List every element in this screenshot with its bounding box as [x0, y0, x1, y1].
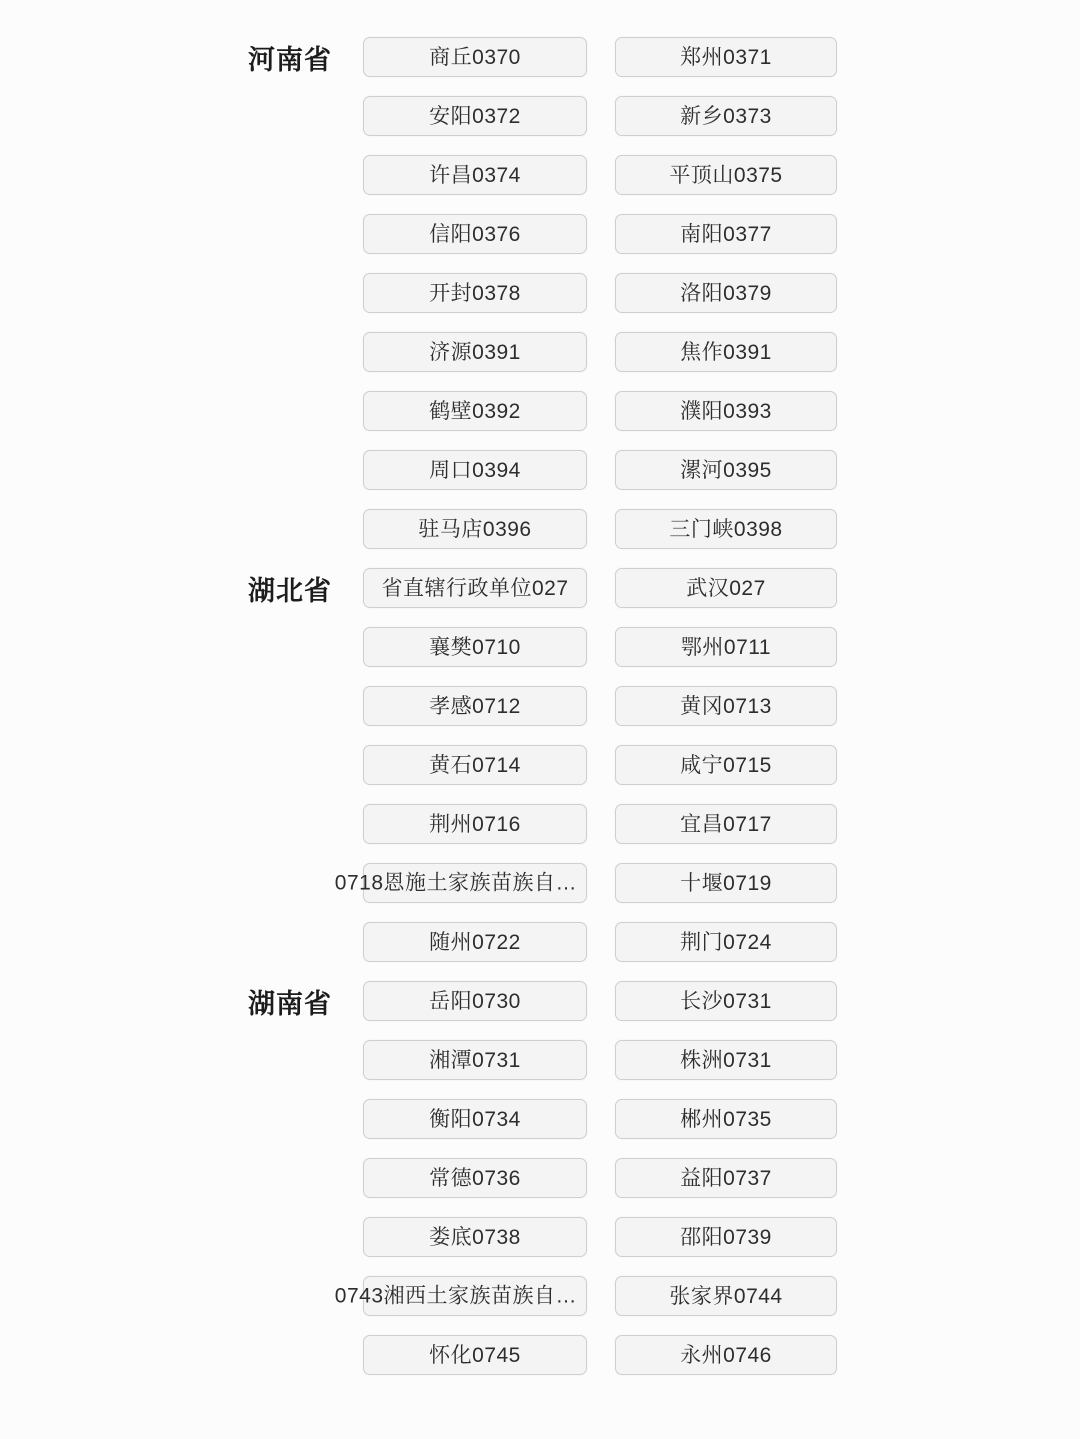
area-code-button[interactable]: 信阳0376	[363, 214, 587, 254]
area-code-button[interactable]: 济源0391	[363, 332, 587, 372]
province-label-cell	[0, 155, 363, 195]
area-code-row: 黄石0714咸宁0715	[0, 745, 1080, 785]
area-code-row: 安阳0372新乡0373	[0, 96, 1080, 136]
area-code-label: 襄樊0710	[429, 637, 521, 658]
area-code-button[interactable]: 黄冈0713	[615, 686, 837, 726]
area-code-button[interactable]: 随州0722	[363, 922, 587, 962]
area-code-label: 郑州0371	[680, 47, 772, 68]
area-code-row: 怀化0745永州0746	[0, 1335, 1080, 1375]
area-code-button[interactable]: 郴州0735	[615, 1099, 837, 1139]
area-code-button[interactable]: 襄樊0710	[363, 627, 587, 667]
province-label-cell	[0, 804, 363, 844]
area-code-label: 益阳0737	[680, 1168, 772, 1189]
area-code-label: 荆门0724	[680, 932, 772, 953]
area-code-button[interactable]: 三门峡0398	[615, 509, 837, 549]
area-code-label: 安阳0372	[429, 106, 521, 127]
area-code-button[interactable]: 娄底0738	[363, 1217, 587, 1257]
area-code-row: 娄底0738邵阳0739	[0, 1217, 1080, 1257]
area-code-label: 武汉027	[686, 578, 766, 599]
area-code-row: 驻马店0396三门峡0398	[0, 509, 1080, 549]
area-code-button[interactable]: 益阳0737	[615, 1158, 837, 1198]
area-code-label: 周口0394	[429, 460, 521, 481]
area-code-button[interactable]: 安阳0372	[363, 96, 587, 136]
area-code-label: 省直辖行政单位027	[381, 578, 568, 599]
area-code-label: 衡阳0734	[429, 1109, 521, 1130]
area-code-row: 济源0391焦作0391	[0, 332, 1080, 372]
area-code-label: 0718恩施土家族苗族自…	[335, 873, 577, 894]
province-label-cell	[0, 1276, 363, 1316]
province-label-cell	[0, 745, 363, 785]
area-code-label: 商丘0370	[429, 47, 521, 68]
area-code-button[interactable]: 0718恩施土家族苗族自…	[363, 863, 587, 903]
area-code-label: 娄底0738	[429, 1227, 521, 1248]
area-code-label: 十堰0719	[680, 873, 772, 894]
area-code-button[interactable]: 孝感0712	[363, 686, 587, 726]
province-label-cell: 湖南省	[0, 981, 363, 1021]
area-code-button[interactable]: 0743湘西土家族苗族自…	[363, 1276, 587, 1316]
area-code-label: 鹤壁0392	[429, 401, 521, 422]
area-code-button[interactable]: 宜昌0717	[615, 804, 837, 844]
area-code-row: 0718恩施土家族苗族自…十堰0719	[0, 863, 1080, 903]
area-code-button[interactable]: 濮阳0393	[615, 391, 837, 431]
area-code-button[interactable]: 驻马店0396	[363, 509, 587, 549]
area-code-button[interactable]: 平顶山0375	[615, 155, 837, 195]
area-code-row: 孝感0712黄冈0713	[0, 686, 1080, 726]
province-label-cell	[0, 332, 363, 372]
province-label-cell: 河南省	[0, 37, 363, 77]
area-code-button[interactable]: 开封0378	[363, 273, 587, 313]
area-code-button[interactable]: 郑州0371	[615, 37, 837, 77]
area-code-label: 随州0722	[429, 932, 521, 953]
area-code-label: 株洲0731	[680, 1050, 772, 1071]
province-label-cell	[0, 273, 363, 313]
area-code-button[interactable]: 长沙0731	[615, 981, 837, 1021]
area-code-button[interactable]: 株洲0731	[615, 1040, 837, 1080]
area-code-button[interactable]: 咸宁0715	[615, 745, 837, 785]
area-code-row: 衡阳0734郴州0735	[0, 1099, 1080, 1139]
area-code-label: 信阳0376	[429, 224, 521, 245]
area-code-label: 三门峡0398	[669, 519, 782, 540]
area-code-button[interactable]: 邵阳0739	[615, 1217, 837, 1257]
province-label-cell	[0, 1217, 363, 1257]
area-code-button[interactable]: 黄石0714	[363, 745, 587, 785]
area-code-button[interactable]: 武汉027	[615, 568, 837, 608]
area-code-label: 新乡0373	[680, 106, 772, 127]
area-code-label: 济源0391	[429, 342, 521, 363]
area-code-row: 随州0722荆门0724	[0, 922, 1080, 962]
area-code-row: 湖南省岳阳0730长沙0731	[0, 981, 1080, 1021]
area-code-button[interactable]: 荆门0724	[615, 922, 837, 962]
province-label-cell	[0, 627, 363, 667]
area-code-button[interactable]: 永州0746	[615, 1335, 837, 1375]
area-code-list: 河南省商丘0370郑州0371安阳0372新乡0373许昌0374平顶山0375…	[0, 37, 1080, 1394]
area-code-row: 0743湘西土家族苗族自…张家界0744	[0, 1276, 1080, 1316]
area-code-label: 平顶山0375	[669, 165, 782, 186]
area-code-label: 张家界0744	[669, 1286, 782, 1307]
area-code-label: 许昌0374	[429, 165, 521, 186]
area-code-label: 怀化0745	[429, 1345, 521, 1366]
province-label-cell	[0, 1099, 363, 1139]
area-code-button[interactable]: 焦作0391	[615, 332, 837, 372]
area-code-row: 常德0736益阳0737	[0, 1158, 1080, 1198]
area-code-button[interactable]: 周口0394	[363, 450, 587, 490]
area-code-label: 孝感0712	[429, 696, 521, 717]
area-code-button[interactable]: 湘潭0731	[363, 1040, 587, 1080]
area-code-label: 岳阳0730	[429, 991, 521, 1012]
area-code-label: 南阳0377	[680, 224, 772, 245]
area-code-button[interactable]: 张家界0744	[615, 1276, 837, 1316]
area-code-row: 信阳0376南阳0377	[0, 214, 1080, 254]
area-code-button[interactable]: 漯河0395	[615, 450, 837, 490]
province-label-cell	[0, 1158, 363, 1198]
area-code-row: 襄樊0710鄂州0711	[0, 627, 1080, 667]
area-code-label: 宜昌0717	[680, 814, 772, 835]
area-code-row: 河南省商丘0370郑州0371	[0, 37, 1080, 77]
area-code-label: 永州0746	[680, 1345, 772, 1366]
area-code-button[interactable]: 岳阳0730	[363, 981, 587, 1021]
province-label-cell	[0, 391, 363, 431]
area-code-label: 黄石0714	[429, 755, 521, 776]
area-code-button[interactable]: 怀化0745	[363, 1335, 587, 1375]
province-label-cell	[0, 922, 363, 962]
area-code-button[interactable]: 许昌0374	[363, 155, 587, 195]
area-code-button[interactable]: 衡阳0734	[363, 1099, 587, 1139]
area-code-label: 焦作0391	[680, 342, 772, 363]
province-label-cell	[0, 686, 363, 726]
area-code-button[interactable]: 常德0736	[363, 1158, 587, 1198]
province-label: 湖北省	[248, 569, 332, 608]
province-label: 河南省	[248, 38, 332, 77]
province-label: 湖南省	[248, 982, 332, 1021]
area-code-label: 0743湘西土家族苗族自…	[335, 1286, 577, 1307]
area-code-row: 周口0394漯河0395	[0, 450, 1080, 490]
area-code-label: 驻马店0396	[418, 519, 531, 540]
area-code-label: 咸宁0715	[680, 755, 772, 776]
area-code-row: 许昌0374平顶山0375	[0, 155, 1080, 195]
area-code-label: 开封0378	[429, 283, 521, 304]
area-code-button[interactable]: 十堰0719	[615, 863, 837, 903]
area-code-row: 湘潭0731株洲0731	[0, 1040, 1080, 1080]
area-code-button[interactable]: 新乡0373	[615, 96, 837, 136]
area-code-button[interactable]: 洛阳0379	[615, 273, 837, 313]
province-label-cell	[0, 1335, 363, 1375]
province-label-cell	[0, 509, 363, 549]
area-code-label: 洛阳0379	[680, 283, 772, 304]
area-code-button[interactable]: 商丘0370	[363, 37, 587, 77]
area-code-row: 开封0378洛阳0379	[0, 273, 1080, 313]
province-label-cell	[0, 96, 363, 136]
area-code-label: 郴州0735	[680, 1109, 772, 1130]
area-code-label: 湘潭0731	[429, 1050, 521, 1071]
area-code-button[interactable]: 南阳0377	[615, 214, 837, 254]
province-label-cell	[0, 863, 363, 903]
area-code-row: 荆州0716宜昌0717	[0, 804, 1080, 844]
area-code-label: 长沙0731	[680, 991, 772, 1012]
area-code-row: 鹤壁0392濮阳0393	[0, 391, 1080, 431]
area-code-button[interactable]: 鄂州0711	[615, 627, 837, 667]
area-code-label: 邵阳0739	[680, 1227, 772, 1248]
province-label-cell: 湖北省	[0, 568, 363, 608]
area-code-row: 湖北省省直辖行政单位027武汉027	[0, 568, 1080, 608]
area-code-label: 黄冈0713	[680, 696, 772, 717]
area-code-button[interactable]: 荆州0716	[363, 804, 587, 844]
area-code-label: 濮阳0393	[680, 401, 772, 422]
province-label-cell	[0, 1040, 363, 1080]
area-code-button[interactable]: 鹤壁0392	[363, 391, 587, 431]
area-code-button[interactable]: 省直辖行政单位027	[363, 568, 587, 608]
province-label-cell	[0, 214, 363, 254]
area-code-label: 常德0736	[429, 1168, 521, 1189]
area-code-label: 荆州0716	[429, 814, 521, 835]
area-code-label: 鄂州0711	[681, 637, 771, 658]
area-code-label: 漯河0395	[680, 460, 772, 481]
province-label-cell	[0, 450, 363, 490]
